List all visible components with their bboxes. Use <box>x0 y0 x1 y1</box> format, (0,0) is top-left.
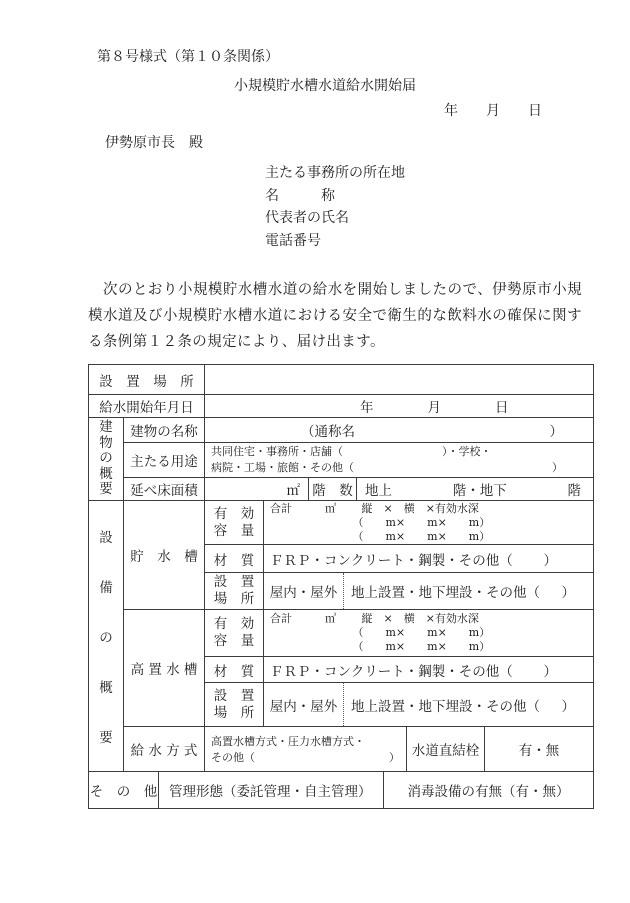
building-name-value: （通称名 ） <box>205 418 593 442</box>
direct-connection-label: 水道直結栓 <box>407 727 484 771</box>
phone-label: 電話番号 <box>265 230 630 253</box>
elevated-tank-label: 高 置 水 槽 <box>124 610 204 726</box>
install-location-value <box>205 365 593 394</box>
form-document-page: 第８号様式（第１０条関係） 小規模貯水槽水道給水開始届 年 月 日 伊勢原市長 … <box>0 0 630 903</box>
elevated-capacity-value: 合計 ㎥ 縦 × 横 ×有効水深 （ m× m× m） （ m× m× m） <box>264 610 593 656</box>
elevated-site-value: 屋内・屋外 地上設置・地下埋設・その他（ ） <box>264 683 593 726</box>
notification-table: 設 置 場 所 給水開始年月日 年 月 日 建物の概要 建物の名称 （通称名 ）… <box>88 364 594 809</box>
install-location-label: 設 置 場 所 <box>89 365 204 394</box>
storage-tank-label: 貯 水 槽 <box>124 501 204 609</box>
building-name-label: 建物の名称 <box>124 418 204 442</box>
management-type: 管理形態（委託管理・自主管理） <box>159 772 383 808</box>
elevated-site-indoor: 屋内・屋外 <box>264 683 344 726</box>
building-section-label: 建物の概要 <box>89 418 123 500</box>
office-address-label: 主たる事務所の所在地 <box>265 162 630 185</box>
supply-start-label: 給水開始年月日 <box>89 395 204 417</box>
floor-area-unit: ㎡ <box>205 478 308 500</box>
main-use-label: 主たる用途 <box>124 443 204 477</box>
supply-method-label: 給 水 方 式 <box>124 727 204 771</box>
storage-site-ground: 地上設置・地下埋設・その他（ ） <box>344 581 593 601</box>
other-label: そ の 他 <box>89 772 158 808</box>
document-title: 小規模貯水槽水道給水開始届 <box>10 75 630 95</box>
supply-start-value: 年 月 日 <box>205 395 593 417</box>
storage-material-value: ＦＲＰ・コンクリート・鋼製・その他（ ） <box>264 545 593 572</box>
elevated-site-ground: 地上設置・地下埋設・その他（ ） <box>344 695 593 715</box>
elevated-material-value: ＦＲＰ・コンクリート・鋼製・その他（ ） <box>264 657 593 682</box>
floor-area-label: 延べ床面積 <box>124 478 204 500</box>
representative-label: 代表者の氏名 <box>265 207 630 230</box>
elevated-capacity-label: 有 効 容 量 <box>205 610 263 656</box>
storage-capacity-label: 有 効 容 量 <box>205 501 263 544</box>
equipment-section-label: 設備の概要 <box>89 501 123 771</box>
floors-label: 階 数 <box>309 478 356 500</box>
elevated-site-label: 設 置 場 所 <box>205 683 263 726</box>
elevated-material-label: 材 質 <box>205 657 263 682</box>
body-paragraph: 次のとおり小規模貯水槽水道の給水を開始しましたので、伊勢原市小規模水道及び小規模… <box>88 277 582 355</box>
addressee-line: 伊勢原市長 殿 <box>105 132 630 152</box>
submission-date-line: 年 月 日 <box>0 100 630 120</box>
disinfection-status: 消毒設備の有無（有・無） <box>384 772 593 808</box>
floors-value: 地上 階・地下 階 <box>357 478 593 500</box>
form-number: 第８号様式（第１０条関係） <box>97 0 630 66</box>
main-use-value: 共同住宅・事務所・店舗（ ）・学校・ 病院・工場・旅館・その他（ ） <box>205 443 593 477</box>
direct-connection-value: 有・無 <box>485 727 593 771</box>
storage-site-indoor: 屋内・屋外 <box>264 573 344 609</box>
storage-site-label: 設 置 場 所 <box>205 573 263 609</box>
storage-material-label: 材 質 <box>205 545 263 572</box>
supply-method-value: 高置水槽方式・圧力水槽方式・ その他（ ） <box>205 727 406 771</box>
name-label: 名 称 <box>265 185 630 208</box>
storage-site-value: 屋内・屋外 地上設置・地下埋設・その他（ ） <box>264 573 593 609</box>
storage-capacity-value: 合計 ㎥ 縦 × 横 ×有効水深 （ m× m× m） （ m× m× m） <box>264 501 593 544</box>
applicant-block: 主たる事務所の所在地 名 称 代表者の氏名 電話番号 <box>265 162 630 252</box>
